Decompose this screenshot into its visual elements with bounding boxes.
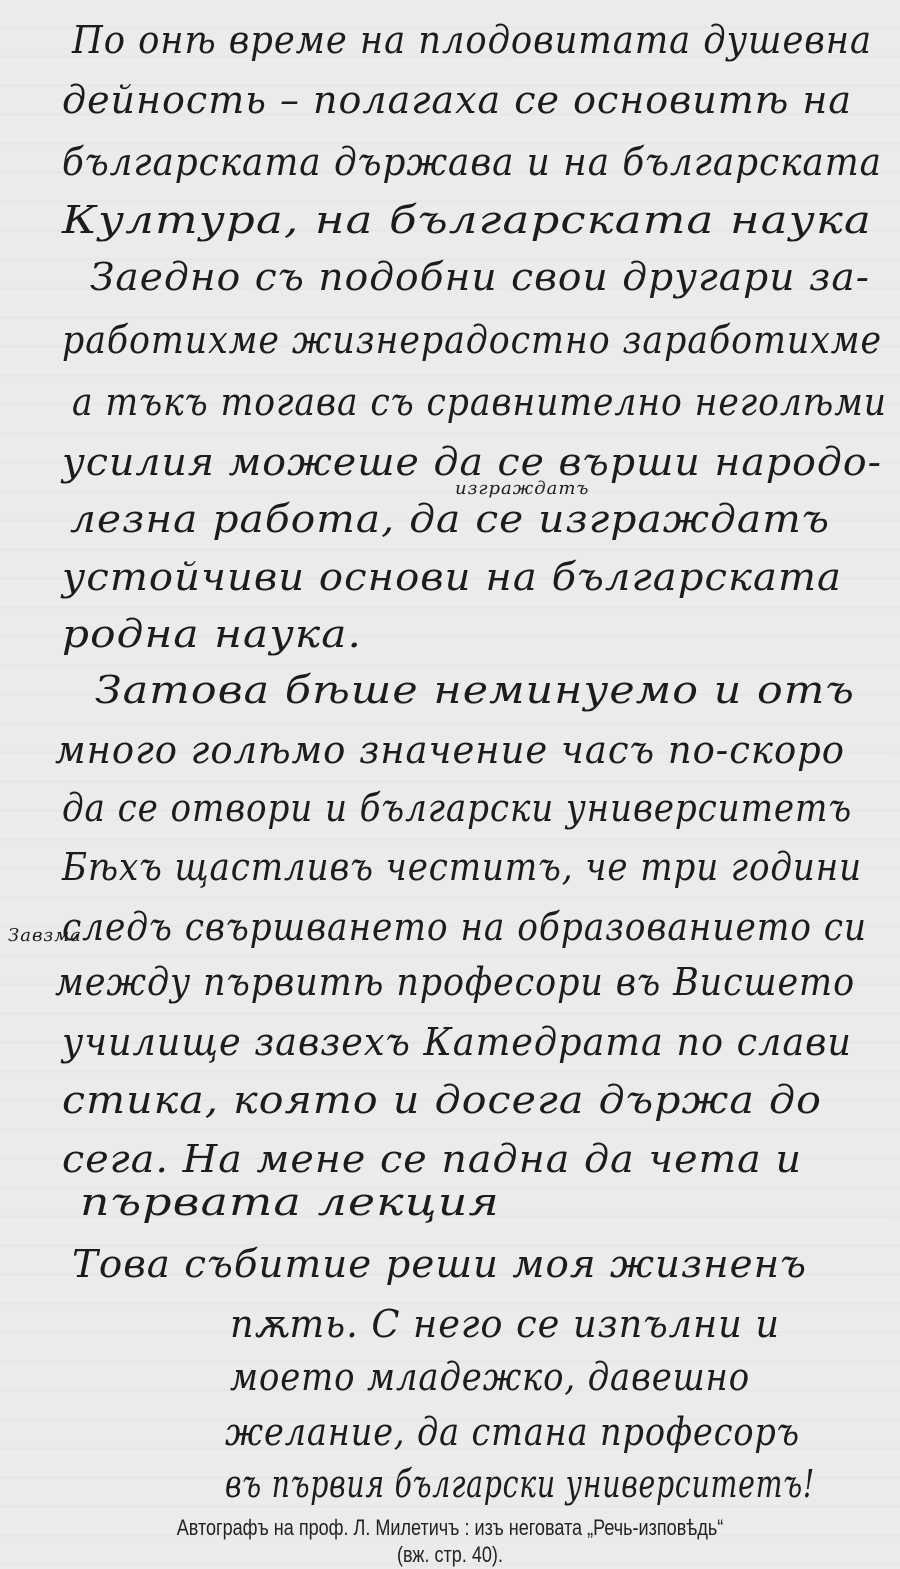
handwritten-line: родна наука. bbox=[62, 612, 362, 656]
handwritten-line: училище завзехъ Катедрата по слави bbox=[62, 1020, 852, 1064]
handwritten-line: между първитѣ професори въ Висшето bbox=[55, 960, 855, 1004]
handwritten-line: а тъкъ тогава съ сравнително неголѣми bbox=[72, 380, 887, 424]
handwritten-line: моето младежко, давешно bbox=[230, 1355, 750, 1399]
handwritten-line: първата лекция bbox=[80, 1180, 500, 1224]
scanned-page: По онѣ време на плодовитата душевнадейно… bbox=[0, 0, 900, 1569]
handwritten-line: Бѣхъ щастливъ честитъ, че три години bbox=[62, 845, 862, 889]
handwritten-line: много голѣмо значение часъ по-скоро bbox=[55, 728, 845, 772]
handwritten-line: лезна работа, да се изграждатъ bbox=[70, 497, 830, 541]
handwritten-line: да се отвори и български университетъ bbox=[62, 786, 852, 830]
handwritten-line: Това събитие реши моя жизненъ bbox=[72, 1242, 807, 1286]
handwritten-line: българската държава и на българската bbox=[62, 140, 882, 184]
handwritten-insertion: изграждатъ bbox=[455, 478, 589, 499]
handwritten-line: работихме жизнерадостно заработихме bbox=[62, 318, 882, 362]
handwritten-line: По онѣ време на плодовитата душевна bbox=[72, 18, 872, 62]
handwritten-line: Затова бѣше неминуемо и отъ bbox=[95, 668, 855, 712]
handwritten-line: Заедно съ подобни свои другари за- bbox=[90, 255, 870, 299]
handwritten-line: сега. На мене се падна да чета и bbox=[62, 1137, 802, 1181]
handwritten-insertion: Завзма bbox=[8, 925, 82, 946]
handwritten-line: дейность – полагаха се основитѣ на bbox=[62, 78, 852, 122]
handwritten-line: Култура, на българската наука bbox=[62, 198, 872, 242]
handwritten-line: въ първия български университетъ! bbox=[225, 1462, 815, 1506]
caption-line-1: Автографъ на проф. Л. Милетичъ : изъ нег… bbox=[81, 1515, 819, 1541]
handwritten-line: пѫть. С него се изпълни и bbox=[230, 1302, 780, 1346]
caption-line-2: (вж. стр. 40). bbox=[81, 1542, 819, 1568]
handwritten-line: стика, която и досега държа до bbox=[62, 1078, 822, 1122]
handwritten-line: желание, да стана професоръ bbox=[225, 1410, 800, 1454]
handwritten-line: следъ свършването на образованието си bbox=[62, 905, 867, 949]
handwritten-line: устойчиви основи на българската bbox=[62, 555, 842, 599]
